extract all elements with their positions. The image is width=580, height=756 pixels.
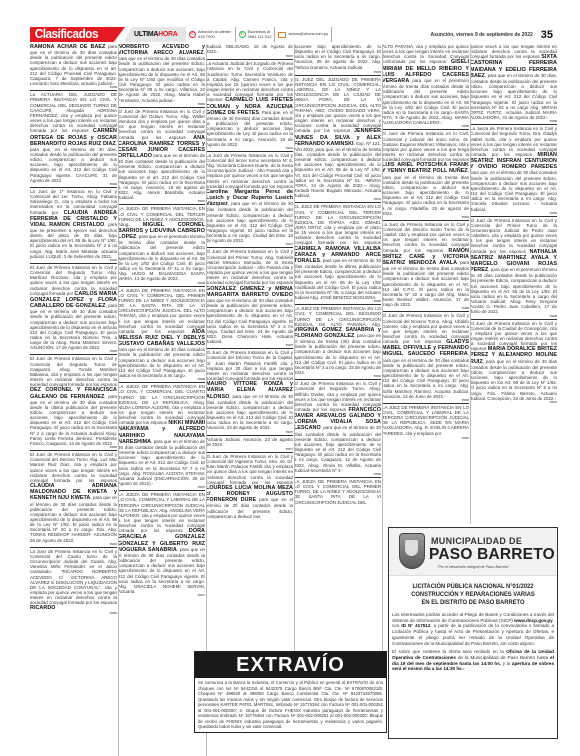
municipal-slogan: "Por el desarrollo integral de Paso Barr… [437,565,509,569]
notice-text: , para que en el perentorio término de 3… [470,267,557,314]
notice-text: acciones bajo apercibimiento de lo dispu… [294,44,381,70]
party-names: RAMONA ACHAR DE BAEZ [30,44,105,50]
notice-text: EL JUEZ DEL JUZGADO DE PRIMERA INSTANCIA… [294,77,381,134]
classified-notice: El Juez de Primera Instancia en lo Civil… [30,354,117,449]
page-number: 35 [541,29,553,41]
notice-code: 55280 [294,300,381,303]
notice-text: , para que en el término de 30 días cont… [382,351,469,398]
notice-text: El Juez de Primera Instancia en lo Civil… [206,454,293,485]
column-divider [294,44,295,651]
classified-notice: El Juez de Primera Instancia en lo Civil… [470,319,557,405]
classified-notice: Judicial. OBLIGADO, 16 de Agosto de 2022… [206,44,293,59]
classified-notice: acciones bajo apercibimiento de lo dispu… [294,44,381,74]
classified-notice: La Juez de Primera Instancia en lo Civil… [382,220,469,311]
tender-url-link[interactable]: www.dncp.gov.py [514,618,553,623]
classified-notice: La Juez de Primera Instancia en lo Civil… [206,151,293,247]
column-6: quince veces a los que tengan interés en… [470,44,557,524]
text: de la Municipalidad de Paso Barreto hast… [456,655,550,660]
column-5: ALTO PARANÁ, cita y emplaza por quince v… [382,44,469,524]
notice-text: Judicial. OBLIGADO, 16 de Agosto de 2022… [206,44,293,54]
notice-text: LA JUEZA DE PRIMERA INSTANCIA EN LO CIVI… [118,384,205,425]
contact-value: 0981 111 013 [248,34,272,39]
notice-code: 55272 [206,55,293,58]
classified-notice: El Juez de Primera Instancia en lo Civil… [382,311,469,402]
page-header: Clasificados ULTIMAHORA ✆ Atención al cl… [30,27,557,42]
notice-code: 55276 [206,431,293,434]
notice-code: 55265 [30,612,117,615]
notice-text: , para que en el término de 30 días cont… [206,394,293,431]
notice-text: para que en el término de treinta días c… [382,260,469,307]
notice-code: 55262 [30,350,117,353]
column-2: NORBERTO ACEVEDO y VICTORINA ARECO ALVAR… [118,44,205,756]
classified-notice: El Juez de Primera Instancia en lo Civil… [294,379,381,476]
classified-notice: La Juez de 1ª Instancia en lo Civil y Co… [30,187,117,263]
notice-code: 55274 [206,243,293,246]
tender-title-line: LICITACIÓN PÚBLICA NACIONAL N°01/2022 [398,583,549,591]
classified-notice: LA JUEZA DE PRIMERA INSTANCIA EN LO CIVI… [118,490,205,597]
notice-text: para que en el término de 30 días contad… [206,298,293,344]
notice-text: LA JUEZ DE PRIMERA INSTANCIA EN LO CIVIL… [382,405,469,436]
notice-code: 55281 [294,375,381,378]
notice-text: La Juez de Primera Instancia en lo Civil… [30,549,117,606]
party-names: GONZALEZ GIMENEZ y MIRNA MARGARITA BARRE… [206,286,293,298]
party-names: RICARDO [30,605,56,611]
classified-notice: LA JUEZA DE PRIMERA INSTANCIA EN LO CIVI… [118,204,205,285]
notice-text: . Para que, en el término de 30 (treinta… [206,110,293,147]
notice-code: 55278 [294,71,381,74]
notice-code: 55284 [382,216,469,219]
tender-title-line: EN EL DISTRITO DE PASO BARRETO [398,599,549,607]
notice-text: El Juez de Primera Instancia en lo Civil… [30,452,117,483]
column-divider [206,44,207,756]
logo-part-ultima: ULTIMA [134,31,158,38]
classified-notice: LA JUEZ DE PRIMERA INSTANCIA EN LO CIVIL… [294,304,381,379]
notice-text: La Juez de Primera Instancia en lo Civil… [206,153,293,189]
contact-value: avisos@uhora.com.py [288,32,328,37]
notice-code: 55287 [382,437,469,440]
classified-notice: NORBERTO ACEVEDO y VICTORINA ARECO ALVAR… [118,44,205,106]
contact-phone: ✆ Atención al cliente:415 7000 [189,27,236,42]
notice-code: 55259 [30,86,117,89]
notice-text: , para que en el término de 30 días cont… [30,303,117,350]
notice-code: 55268 [118,282,205,285]
notice-text: EL JUEZ DE PRIMERA INSTANCIA EN LO CIVIL… [294,204,381,245]
classified-notice: LA JUEZA DE PRIMERA INSTANCIA EN LO CIVI… [294,477,381,506]
classified-notice: El Juez de Primera Instancia en lo Civil… [470,216,557,318]
notice-code: 55286 [382,399,469,402]
lost-notice-box: EXTRAVÍO Se comunica a la Banca la Indus… [194,651,387,733]
notice-text: para que en el perentorio término de tre… [382,78,469,125]
tender-title-line: CONSTRUCCIÓN Y REPARACIONES VARIAS [398,591,549,599]
notice-code: 55261 [30,259,117,262]
notice-text: LA JUEZA DE PRIMERA INSTANCIA EN LO CIVI… [118,288,205,334]
notice-code: 55260 [30,183,117,186]
municipal-banner: MUNICIPALIDAD DE PASO BARRETO "Por el de… [389,528,557,576]
notice-code: 55270 [118,486,205,489]
notice-code: 55271 [118,594,205,597]
classified-notice: Actuaria Judicial. Asunción, 23 de agost… [206,435,293,452]
notice-text: , para que en el término de 30 días cont… [118,50,205,102]
tender-id: ID N° 417512 [401,623,430,628]
notice-text: , para que en el perentorio término de t… [118,234,205,281]
coat-of-arms-icon [399,533,425,569]
notice-code: 55279 [294,198,381,201]
notice-text: para que en el término de 30 días contad… [30,44,117,86]
mail-icon [278,32,286,38]
notice-text: LA JUEZA DE PRIMERA INSTANCIA EN LO CIVI… [118,492,205,533]
notice-text: El Juez de Primera Instancia en lo Civil… [118,109,205,140]
classified-notice: quince veces a los que tengan interés en… [470,44,557,124]
contact-value: 415 7000 [198,34,215,39]
notice-text: para que en el término de 30 días contad… [118,347,205,378]
notice-code: 55264 [30,543,117,546]
notice-text: para que, en el término de 30 días conta… [470,170,557,211]
column-divider [470,44,471,524]
notice-text: , para que en el término de 30 días cont… [206,201,293,243]
column-1: RAMONA ACHAR DE BAEZ para que en el térm… [30,44,117,756]
classified-notice: ALTO PARANÁ, cita y emplaza por quince v… [382,44,469,129]
notice-code: 55285 [382,307,469,310]
notice-code: 55282 [294,473,381,476]
classified-notice: El Juez de Primera Instancia en lo Civil… [206,247,293,347]
classified-notice: El Juez de Primera Instancia en lo Civil… [382,129,469,219]
classified-notice: El Juez de Primera Instancia en lo Civil… [206,348,293,434]
section-title: Clasificados [30,27,125,42]
notice-code: 55269 [118,378,205,381]
municipal-title-line1: MUNICIPALIDAD DE [431,536,522,546]
classified-notice: El Juez de Primera Instancia en lo Civil… [30,263,117,354]
classified-notice: RAMONA ACHAR DE BAEZ para que en el térm… [30,44,117,90]
dateline: Asunción, viernes 9 de septiembre de 202… [430,32,532,38]
notice-text: , para que en el término de 30 días cont… [30,394,117,446]
classified-notice: La Actuaria Judicial del Juzgado de Prim… [206,59,293,150]
column-divider [382,44,383,651]
classified-notice: El Juez de Primera Instancia en lo Civil… [30,450,117,546]
logo-part-hora: HORA [158,31,177,38]
tender-paragraph-1: Los interesados podrán acceder al Pliego… [389,611,557,648]
classified-notice: La Juez de Primera Instancia en lo Civil… [30,547,117,615]
whatsapp-icon: ✆ [239,31,246,38]
notice-text: LA JUEZ DE PRIMERA INSTANCIA EN LO CIVIL… [294,306,381,326]
classified-notice: EL JUEZ DE PRIMERA INSTANCIA EN LO CIVIL… [294,202,381,303]
text: El sobre que contiene la oferta será rec… [392,649,506,654]
notice-code: 55266 [118,103,205,106]
classified-notice: La Jueza de Primera Instancia en lo Civi… [470,124,557,215]
notice-code: 55267 [118,200,205,203]
notice-text: , para que en el término de 30 días, con… [470,73,557,120]
classified-notice: El Juez de Primera Instancia en lo Civil… [206,452,293,519]
notice-text: , para que en el término de 30 días cont… [294,425,381,472]
notice-code: 55275 [206,344,293,347]
notice-code: 55263 [30,446,117,449]
contact-email: avisos@uhora.com.py [278,27,332,42]
notice-text: , para que se presenten a ejercer sus de… [30,222,117,259]
classifieds-page: Clasificados ULTIMAHORA ✆ Atención al cl… [30,27,557,743]
tender-title: LICITACIÓN PÚBLICA NACIONAL N°01/2022 CO… [396,576,551,611]
notice-code: 55290 [470,315,557,318]
notice-text: , para que en el término de 30 días cont… [294,258,381,300]
tender-paragraph-2: El sobre que contiene la oferta será rec… [389,648,557,674]
notice-text: El Juez de Primera Instancia en lo Civil… [206,249,293,285]
notice-code: 55277 [206,448,293,451]
party-names: LUIS ARIEL POTSCHKA FRANK Y YENNY BEATRI… [382,162,469,174]
column-3: Judicial. OBLIGADO, 16 de Agosto de 2022… [206,44,293,651]
municipal-title-line2: PASO BARRETO [429,546,555,564]
notice-text: , para que en el término de treinta (30)… [294,333,381,375]
notice-text: para que en el término de 30 días contad… [118,153,205,200]
notice-code: 55289 [470,212,557,215]
classified-notice: EL JUEZ DEL JUZGADO DE PRIMERA INSTANCIA… [294,75,381,202]
classified-notice: LA JUEZ DE PRIMERA INSTANCIA EN LO CIVIL… [382,403,469,440]
lost-notice-body: Se comunica a la Banca la Industria, el … [195,678,386,732]
classified-notice: La ACTUARIA DEL JUZGADO DE PRIMERA INSTA… [30,90,117,186]
text: y la [501,661,512,666]
notice-text: , para que, en el término de 30 días, co… [30,141,117,183]
contact-whatsapp: ✆ Escribinos al0981 111 013 [239,27,276,42]
notice-code: 55291 [470,401,557,404]
notice-code: 55283 [382,125,469,128]
notice-text: LA JUEZA DE PRIMERA INSTANCIA EN LO CIVI… [294,479,381,505]
municipal-tender-ad: MUNICIPALIDAD DE PASO BARRETO "Por el de… [388,527,558,739]
notice-text: , para que en el término de 30 días cont… [470,359,557,401]
notice-text: , para que en el término de 30 días cont… [30,495,117,542]
notice-text: El Juez de Primera Instancia en lo Civil… [382,131,469,162]
classified-notice: LA JUEZA DE PRIMERA INSTANCIA EN LO CIVI… [118,286,205,382]
column-4: acciones bajo apercibimiento de lo dispu… [294,44,381,651]
notice-text: La ACTUARIA DEL JUZGADO DE PRIMERA INSTA… [30,92,117,133]
party-names: NORBERTO ACEVEDO y VICTORINA ARECO ALVAR… [118,44,205,56]
notice-text: . Exp. Nº 121, Año 2022, para que, en el… [294,141,381,199]
notice-code: 55273 [206,147,293,150]
notice-text: Actuaria Judicial. Asunción, 23 de agost… [206,437,293,447]
notice-text: , para que en el término de 30 días cont… [118,439,205,486]
notice-code: 55288 [470,120,557,123]
notice-text: , para que en el término de 30 días cont… [118,547,205,594]
lost-notice-title: EXTRAVÍO [195,652,386,678]
column-divider [118,44,119,756]
classified-notice: El Juez de Primera Instancia en lo Civil… [118,107,205,204]
notice-text: El Juez de Primera Instancia en lo Civil… [206,350,293,381]
phone-icon: ✆ [189,31,196,38]
notice-text: La Actuaria Judicial del Juzgado de Prim… [206,61,293,102]
newspaper-logo: ULTIMAHORA [124,27,186,42]
notice-text: , para que en el término de treinta días… [382,168,469,215]
classified-notice: LA JUEZA DE PRIMERA INSTANCIA EN LO CIVI… [118,382,205,489]
notice-text: El Juez de Primera Instancia en lo Civil… [30,356,117,387]
